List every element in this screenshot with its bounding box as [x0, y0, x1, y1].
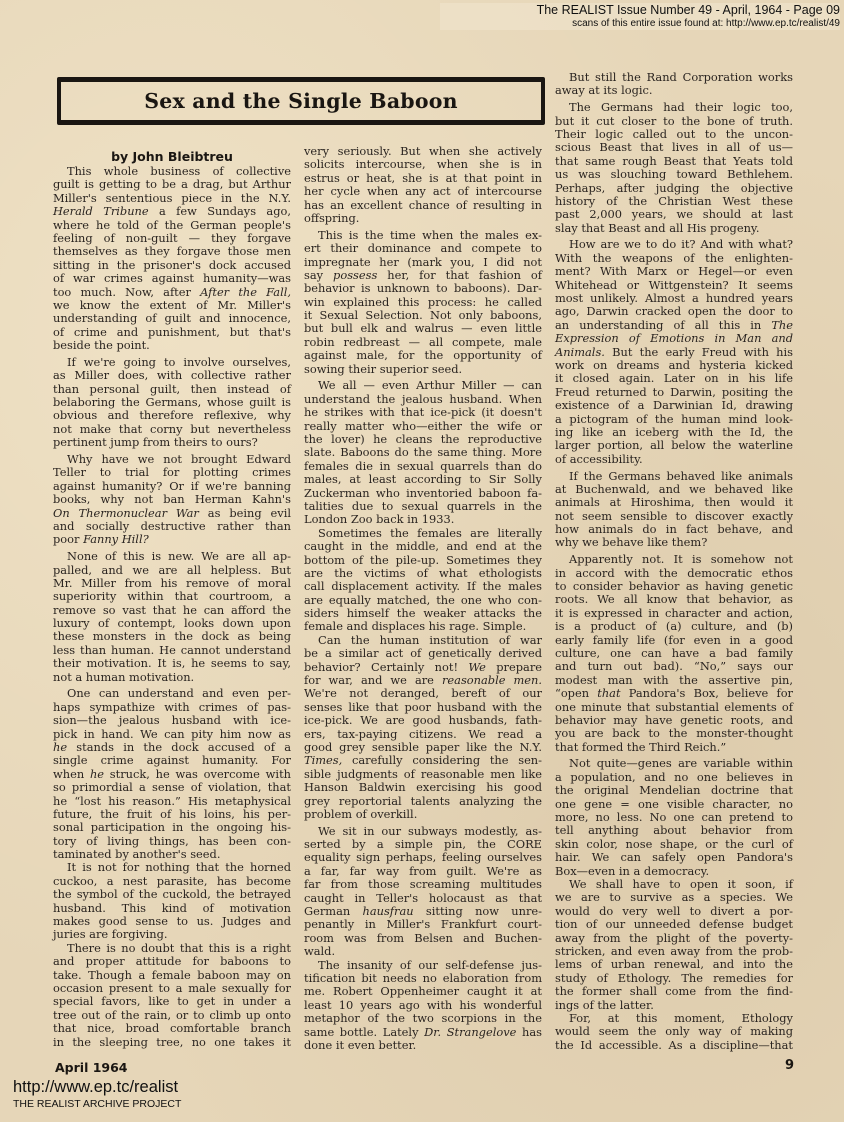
text-line: when he struck, he was overcome with: [53, 768, 291, 781]
text-line: single crime against humanity. For: [53, 754, 291, 767]
text-line: are equally matched, the one who con-: [304, 594, 542, 607]
text-line: take. Though a female baboon may on: [53, 969, 291, 982]
text-line: Their logic called out to the uncon-: [555, 128, 793, 141]
text-line: One can understand and even per-: [53, 687, 291, 700]
text-line: But still the Rand Corporation works: [555, 71, 793, 84]
text-line: caught in the middle, and end at the: [304, 540, 542, 553]
text-line: the symbol of the cuckold, the betrayed: [53, 888, 291, 901]
text-line: ice-pick. We are good husbands, fath-: [304, 714, 542, 727]
text-line: behavior may have genetic roots, and: [555, 714, 793, 727]
text-line: and socially destructive rather than: [53, 520, 291, 533]
text-line: good grey sensible paper like the N.Y.: [304, 741, 542, 754]
text-line: London Zoo back in 1933.: [304, 513, 542, 526]
text-line: solicits intercourse, when she is in: [304, 158, 542, 171]
text-line: superiority within that courtroom, a: [53, 590, 291, 603]
text-line: an understanding of all this in The: [555, 319, 793, 332]
text-line: ago, Darwin cracked open the door to: [555, 305, 793, 318]
text-line: makes good sense to us. Judges and: [53, 915, 291, 928]
text-line: you are back to the monster-thought: [555, 727, 793, 740]
text-line: penantly in Miller's Frankfurt court-: [304, 918, 542, 931]
text-line: impregnate her (mark you, I did not: [304, 256, 542, 269]
paragraph: None of this is new. We are all ap-palle…: [53, 550, 291, 684]
text-line: siders himself the weaker attacks the: [304, 607, 542, 620]
text-line: For, at this moment, Ethology: [555, 1012, 793, 1025]
paragraph: The Germans had their logic too,but it c…: [555, 101, 793, 235]
text-line: Whitehead or Wittgenstein? It seems: [555, 279, 793, 292]
text-line: skin color, nose shape, or the curl of: [555, 838, 793, 851]
text-line: not make that corny but nevertheless: [53, 423, 291, 436]
text-line: and proper attitude for baboons to: [53, 955, 291, 968]
paragraph: This is the time when the males ex-ert t…: [304, 229, 542, 376]
text-line: This whole business of collective: [53, 165, 291, 178]
text-line: Not quite—genes are variable within: [555, 757, 793, 770]
text-line: her cycle when any act of intercourse: [304, 185, 542, 198]
text-line: understand the jealous husband. When: [304, 393, 542, 406]
text-line: but it cut closer to the bone of truth.: [555, 115, 793, 128]
text-line: me. Robert Oppenheimer caught it at: [304, 985, 542, 998]
text-line: luxury of contempt, looks down upon: [53, 617, 291, 630]
text-line: the lover) he cleans the reproductive: [304, 433, 542, 446]
text-line: books, why not ban Herman Kahn's: [53, 493, 291, 506]
text-line: sonal participation in the ongoing his-: [53, 821, 291, 834]
paragraph: But still the Rand Corporation worksaway…: [555, 71, 793, 98]
text-line: pertinent jump from theirs to ours?: [53, 436, 291, 449]
text-line: males, at least according to Sir Solly: [304, 473, 542, 486]
text-line: that same rough Beast that Yeats told: [555, 155, 793, 168]
text-line: behavior is unknown to baboons). Dar-: [304, 282, 542, 295]
text-line: beside the point.: [53, 339, 291, 352]
text-line: the original Mendelian doctrine that: [555, 784, 793, 797]
text-line: cuckoo, a nest parasite, has become: [53, 875, 291, 888]
text-line: Animals. But the early Freud with his: [555, 346, 793, 359]
text-line: robin redbreast — all compete, male: [304, 336, 542, 349]
text-line: poor Fanny Hill?: [53, 533, 291, 546]
text-line: Miller's sententious piece in the N.Y.: [53, 192, 291, 205]
text-line: bottom of the pile-up. Sometimes they: [304, 554, 542, 567]
text-line: sowing their superior seed.: [304, 363, 542, 376]
text-line: that formed the Third Reich.”: [555, 741, 793, 754]
paragraph: The insanity of our self-defense jus-tif…: [304, 959, 542, 1053]
text-line: belaboring the Germans, whose guilt is: [53, 396, 291, 409]
text-line: far from those screaming multitudes: [304, 878, 542, 891]
page-number: 9: [785, 1058, 794, 1073]
paragraph: This whole business of collectiveguilt i…: [53, 165, 291, 352]
text-line: against male, for the opportunity of: [304, 349, 542, 362]
text-line: it closed again. Later on in his life: [555, 372, 793, 385]
text-line: to consider behavior as having genetic: [555, 580, 793, 593]
text-line: The Germans had their logic too,: [555, 101, 793, 114]
text-line: Expression of Emotions in Man and: [555, 332, 793, 345]
text-line: tory of living things, has been con-: [53, 835, 291, 848]
text-line: early family life (for even in a good: [555, 634, 793, 647]
text-line: German hausfrau sitting now unre-: [304, 905, 542, 918]
text-line: that nice, broad comfortable branch: [53, 1022, 291, 1035]
text-line: not a human motivation.: [53, 671, 291, 684]
text-line: Apparently not. It is somehow not: [555, 553, 793, 566]
text-line: of war crimes against humanity—was: [53, 272, 291, 285]
text-line: We're not deranged, bereft of our: [304, 687, 542, 700]
text-line: as Miller does, with collective rather: [53, 369, 291, 382]
text-line: pick in hand. We can pity him now as: [53, 728, 291, 741]
text-line: This is the time when the males ex-: [304, 229, 542, 242]
article-title-box: Sex and the Single Baboon: [57, 77, 545, 125]
text-line: say possess her, for that fashion of: [304, 269, 542, 282]
text-line: same bottle. Lately Dr. Strangelove has: [304, 1026, 542, 1039]
text-line: where he told of the German people's: [53, 219, 291, 232]
text-line: sitting in the prisoner's dock accused: [53, 259, 291, 272]
text-line: and turn out bad). “No,” says our: [555, 660, 793, 673]
text-line: Box—even in a democracy.: [555, 865, 793, 878]
text-line: ers, tax-paying citizens. We read a: [304, 728, 542, 741]
column-left: by John Bleibtreu This whole business of…: [53, 150, 291, 1052]
text-line: Times, carefully considering the sen-: [304, 754, 542, 767]
paragraph: We shall have to open it soon, ifwe are …: [555, 878, 793, 1012]
text-line: There is no doubt that this is a right: [53, 942, 291, 955]
text-line: away at its logic.: [555, 84, 793, 97]
paragraph: Not quite—genes are variable withina pop…: [555, 757, 793, 878]
text-line: metaphor of the two scorpions in the: [304, 1012, 542, 1025]
text-line: None of this is new. We are all ap-: [53, 550, 291, 563]
text-line: future, the fruit of his loins, his per-: [53, 808, 291, 821]
text-line: Can the human institution of war: [304, 634, 542, 647]
text-line: past 2,000 years, we should at last: [555, 208, 793, 221]
text-line: tree out of the rain, or to climb up ont…: [53, 1009, 291, 1022]
text-line: females die in sexual quarrels than do: [304, 460, 542, 473]
text-line: it Sexual Selection. Not only baboons,: [304, 309, 542, 322]
text-line: guilt is getting to be a drag, but Arthu…: [53, 178, 291, 191]
text-line: why we behave like them?: [555, 536, 793, 549]
text-line: equality sign perhaps, feeling ourselves: [304, 851, 542, 864]
text-line: larger portion, all below the waterline: [555, 439, 793, 452]
byline: by John Bleibtreu: [53, 150, 291, 164]
text-line: less than human. He cannot understand: [53, 644, 291, 657]
text-line: offspring.: [304, 212, 542, 225]
paragraph: One can understand and even per-haps sym…: [53, 687, 291, 861]
text-line: the Id accessible. As a discipline—that: [555, 1039, 793, 1052]
text-line: study of Ethology. The remedies for: [555, 972, 793, 985]
text-line: culture, one can have a bad family: [555, 647, 793, 660]
text-line: Perhaps, after judging the objective: [555, 182, 793, 195]
paragraph: For, at this moment, Ethologywould seem …: [555, 1012, 793, 1052]
text-line: stricken, and even away from the prob-: [555, 945, 793, 958]
text-line: he stands in the dock accused of a: [53, 741, 291, 754]
text-line: modest man with the assertive pin,: [555, 674, 793, 687]
paragraph: There is no doubt that this is a rightan…: [53, 942, 291, 1049]
archive-url: http://www.ep.tc/realist: [13, 1078, 178, 1097]
text-line: call displacement activity. If the males: [304, 580, 542, 593]
text-line: too much. Now, after After the Fall,: [53, 286, 291, 299]
archive-name: THE REALIST ARCHIVE PROJECT: [13, 1098, 181, 1110]
text-line: the former shall come from the find-: [555, 985, 793, 998]
text-line: roots. We all know that behavior, as: [555, 593, 793, 606]
text-line: Zuckerman who inventoried baboon fa-: [304, 487, 542, 500]
text-line: it is expressed in character and action,: [555, 607, 793, 620]
text-line: estrus or heat, she is at that point in: [304, 172, 542, 185]
text-line: haps sympathize with crimes of pas-: [53, 701, 291, 714]
text-line: tification bit needs no elaboration from: [304, 972, 542, 985]
text-line: palled, and we are all helpless. But: [53, 564, 291, 577]
text-line: caught in Teller's holocaust as that: [304, 892, 542, 905]
text-line: a population, and no one believes in: [555, 771, 793, 784]
paragraph: Why have we not brought EdwardTeller to …: [53, 453, 291, 547]
text-line: female and displaces his rage. Simple.: [304, 620, 542, 633]
text-line: taminated by another's seed.: [53, 848, 291, 861]
text-line: senses like that poor husband with the: [304, 701, 542, 714]
text-line: at Buchenwald, and we behaved like: [555, 483, 793, 496]
text-line: ert their dominance and compete to: [304, 242, 542, 255]
text-line: ing like an iceberg with the Id, the: [555, 426, 793, 439]
text-line: Herald Tribune a few Sundays ago,: [53, 205, 291, 218]
text-line: If the Germans behaved like animals: [555, 470, 793, 483]
text-line: serted by a simple pin, the CORE: [304, 838, 542, 851]
text-line: us was slouching toward Bethlehem.: [555, 168, 793, 181]
paragraph: very seriously. But when she activelysol…: [304, 145, 542, 225]
paragraph: If the Germans behaved like animalsat Bu…: [555, 470, 793, 550]
text-line: Teller to trial for plotting crimes: [53, 466, 291, 479]
paragraph: Can the human institution of warbe a sim…: [304, 634, 542, 821]
text-line: “open that Pandora's Box, believe for: [555, 687, 793, 700]
text-line: ment? With Marx or Hegel—or even: [555, 265, 793, 278]
paragraph: Sometimes the females are literallycaugh…: [304, 527, 542, 634]
text-line: tell anything about behavior from: [555, 824, 793, 837]
text-line: remove so vast that he can afford the: [53, 604, 291, 617]
text-line: really matter who—either the wife or: [304, 420, 542, 433]
text-line: themselves as they forgave those men: [53, 245, 291, 258]
text-line: but bull elk and walrus — even little: [304, 322, 542, 335]
text-line: Hanson Baldwin exercising his good: [304, 781, 542, 794]
paragraph: Apparently not. It is somehow notin acco…: [555, 553, 793, 754]
text-line: least 10 years ago with his wonderful: [304, 999, 542, 1012]
text-line: Freud returned to Darwin, positing the: [555, 386, 793, 399]
text-line: juries are forgiving.: [53, 928, 291, 941]
scan-source-link: scans of this entire issue found at: htt…: [440, 18, 840, 30]
text-line: If we're going to involve ourselves,: [53, 356, 291, 369]
text-line: one gene = one visible character, no: [555, 798, 793, 811]
text-line: Mr. Miller from his remove of moral: [53, 577, 291, 590]
text-line: their motivation. It is, he seems to say…: [53, 657, 291, 670]
text-line: slate. Baboons do the same thing. More: [304, 446, 542, 459]
text-line: more, no less. No one can pretend to: [555, 811, 793, 824]
text-line: work on dreams and hysteria kicked: [555, 359, 793, 372]
text-line: win explained this process: he called: [304, 296, 542, 309]
text-line: sible judgments of reasonable men like: [304, 768, 542, 781]
text-line: hair. We can safely open Pandora's: [555, 851, 793, 864]
article-title: Sex and the Single Baboon: [144, 89, 457, 113]
paragraph: It is not for nothing that the hornedcuc…: [53, 861, 291, 941]
text-line: special favors, like to get in under a: [53, 995, 291, 1008]
text-line: The insanity of our self-defense jus-: [304, 959, 542, 972]
text-line: we know the extent of Mr. Miller's: [53, 299, 291, 312]
text-line: we are to survive as a species. We: [555, 891, 793, 904]
paragraph: If we're going to involve ourselves,as M…: [53, 356, 291, 450]
paragraph: We all — even Arthur Miller — canunderst…: [304, 379, 542, 526]
text-line: On Thermonuclear War as being evil: [53, 507, 291, 520]
text-line: of accessibility.: [555, 453, 793, 466]
text-line: how animals do in fact behave, and: [555, 523, 793, 536]
text-line: We all — even Arthur Miller — can: [304, 379, 542, 392]
text-line: understanding of guilt and innocence,: [53, 312, 291, 325]
text-line: he strikes with that ice-pick (it doesn'…: [304, 406, 542, 419]
text-line: would seem the only way of making: [555, 1025, 793, 1038]
text-line: ings of the latter.: [555, 999, 793, 1012]
text-line: history of the Christian West these: [555, 195, 793, 208]
text-line: We sit in our subways modestly, as-: [304, 825, 542, 838]
text-line: tion of our unneeded defense budget: [555, 918, 793, 931]
text-line: behavior? Certainly not! We prepare: [304, 661, 542, 674]
text-line: a far, far way from guilt. We're as: [304, 865, 542, 878]
text-line: sion—the jealous husband with ice-: [53, 714, 291, 727]
text-line: scious Beast that lives in all of us—: [555, 141, 793, 154]
paragraph: How are we to do it? And with what?With …: [555, 238, 793, 466]
text-line: wald.: [304, 945, 542, 958]
text-line: not seem sensible to discover exactly: [555, 510, 793, 523]
text-line: he “lost his reason.” His metaphysical: [53, 795, 291, 808]
text-line: animals at Hiroshima, then would it: [555, 496, 793, 509]
text-line: It is not for nothing that the horned: [53, 861, 291, 874]
text-line: lems of urban renewal, and into the: [555, 958, 793, 971]
text-line: for war, and we are reasonable men.: [304, 674, 542, 687]
text-line: in the sleeping tree, no one takes it: [53, 1036, 291, 1049]
text-line: against humanity? Or if we're banning: [53, 480, 291, 493]
text-line: are the victims of what ethologists: [304, 567, 542, 580]
text-line: With the weapons of the enlighten-: [555, 252, 793, 265]
text-line: away from the plight of the poverty-: [555, 932, 793, 945]
text-line: so primordial a sense of violation, that: [53, 781, 291, 794]
text-line: be a similar act of genetically derived: [304, 647, 542, 660]
text-line: room was from Belsen and Buchen-: [304, 932, 542, 945]
footer-date: April 1964: [55, 1060, 128, 1075]
text-line: Why have we not brought Edward: [53, 453, 291, 466]
text-line: husband. This kind of motivation: [53, 902, 291, 915]
text-line: feeling of non-guilt — they forgave: [53, 232, 291, 245]
text-line: these monsters in the dock as being: [53, 630, 291, 643]
column-middle: very seriously. But when she activelysol…: [304, 145, 542, 1056]
text-line: one minute that substantial elements of: [555, 701, 793, 714]
text-line: talities due to sexual quarrels in the: [304, 500, 542, 513]
text-line: How are we to do it? And with what?: [555, 238, 793, 251]
text-line: We shall have to open it soon, if: [555, 878, 793, 891]
text-line: a pictogram of the human mind look-: [555, 413, 793, 426]
text-line: problem of overkill.: [304, 808, 542, 821]
text-line: has an excellent chance of resulting in: [304, 199, 542, 212]
text-line: very seriously. But when she actively: [304, 145, 542, 158]
paragraph: We sit in our subways modestly, as-serte…: [304, 825, 542, 959]
text-line: than personal guilt, then instead of: [53, 383, 291, 396]
text-line: is a product of (a) culture, and (b): [555, 620, 793, 633]
issue-info: The REALIST Issue Number 49 - April, 196…: [440, 3, 840, 18]
text-line: obvious and therefore reflexive, why: [53, 409, 291, 422]
text-line: would do very well to divert a por-: [555, 905, 793, 918]
text-line: in accord with the democratic ethos: [555, 567, 793, 580]
issue-watermark: The REALIST Issue Number 49 - April, 196…: [440, 3, 840, 30]
text-line: grey reportorial talents analyzing the: [304, 795, 542, 808]
text-line: occasion present to a male sexually for: [53, 982, 291, 995]
text-line: of crime and punishment, but that's: [53, 326, 291, 339]
text-line: slay that Beast and all His progeny.: [555, 222, 793, 235]
text-line: done it even better.: [304, 1039, 542, 1052]
text-line: most unlikely. Almost a hundred years: [555, 292, 793, 305]
text-line: Sometimes the females are literally: [304, 527, 542, 540]
column-right: But still the Rand Corporation worksaway…: [555, 71, 793, 1055]
text-line: existence of a Darwinian Id, drawing: [555, 399, 793, 412]
